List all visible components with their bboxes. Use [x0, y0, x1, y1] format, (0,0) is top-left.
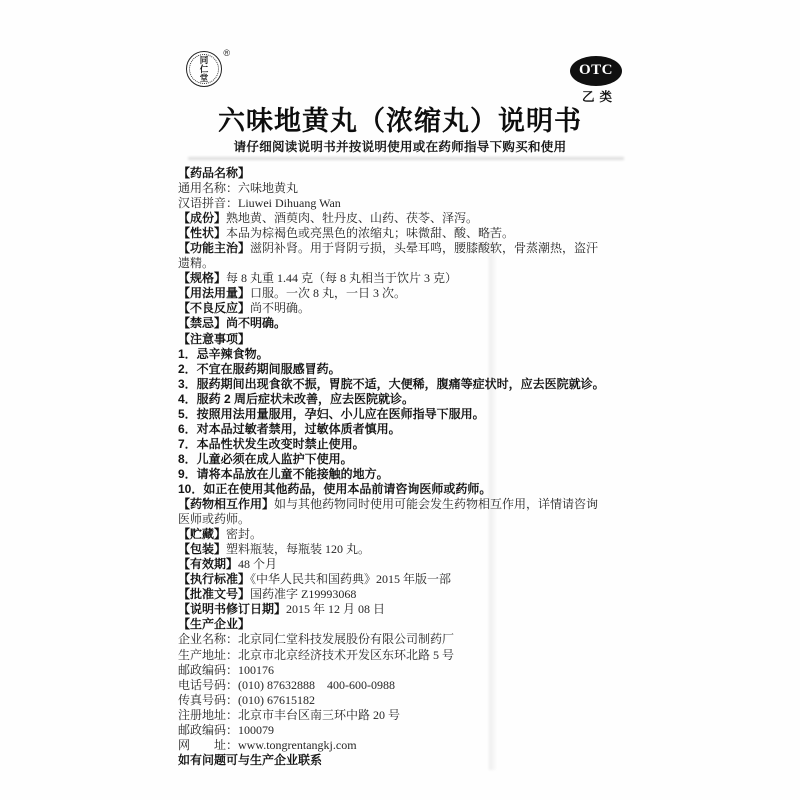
section-label: 【说明书修订日期】	[178, 602, 286, 616]
line-text: 本品为棕褐色或亮黑色的浓缩丸；味微甜、酸、略苦。	[226, 226, 514, 240]
insert-body: 【药品名称】通用名称：六味地黄丸汉语拼音：Liuwei Dihuang Wan【…	[178, 166, 648, 768]
insert-line: 2．不宜在服药期间服感冒药。	[178, 362, 648, 377]
line-text: 10．如正在使用其他药品，使用本品前请咨询医师或药师。	[178, 482, 491, 496]
section-label: 【包装】	[178, 542, 226, 556]
line-text: 7．本品性状发生改变时禁止使用。	[178, 437, 365, 451]
line-text: 传真号码：(010) 67615182	[178, 693, 315, 707]
line-text: 《中华人民共和国药典》2015 年版一部	[250, 572, 451, 586]
line-text: 电话号码：(010) 87632888 400-600-0988	[178, 678, 395, 692]
insert-line: 【生产企业】	[178, 617, 648, 632]
insert-line: 【药品名称】	[178, 166, 648, 181]
insert-line: 【禁忌】尚不明确。	[178, 316, 648, 331]
insert-line: 1．忌辛辣食物。	[178, 347, 648, 362]
insert-line: 电话号码：(010) 87632888 400-600-0988	[178, 678, 648, 693]
line-text: 邮政编码：100079	[178, 723, 274, 737]
insert-line: 7．本品性状发生改变时禁止使用。	[178, 437, 648, 452]
section-label: 【用法用量】	[178, 286, 250, 300]
line-text: 6．对本品过敏者禁用，过敏体质者慎用。	[178, 422, 401, 436]
line-text: 如与其他药物同时使用可能会发生药物相互作用，详情请咨询	[274, 497, 598, 511]
line-text: 通用名称：六味地黄丸	[178, 181, 298, 195]
line-text: 3．服药期间出现食欲不振，胃脘不适，大便稀，腹痛等症状时，应去医院就诊。	[178, 377, 605, 391]
insert-line: 【注意事项】	[178, 332, 648, 347]
otc-mark: OTC 乙类	[570, 56, 624, 105]
registered-trademark-symbol: ®	[223, 48, 230, 58]
line-text: 尚不明确。	[226, 316, 286, 330]
insert-line: 【用法用量】口服。一次 8 丸，一日 3 次。	[178, 286, 648, 301]
tongrentang-seal-logo: 同仁堂 ®	[186, 51, 230, 91]
insert-line: 网 址：www.tongrentangkj.com	[178, 738, 648, 753]
insert-line: 5．按照用法用量服用，孕妇、小儿应在医师指导下服用。	[178, 407, 648, 422]
otc-badge: OTC	[570, 56, 622, 86]
package-insert-page: 同仁堂 ® OTC 乙类 六味地黄丸（浓缩丸）说明书 请仔细阅读说明书并按说明使…	[0, 0, 800, 800]
insert-line: 生产地址：北京市北京经济技术开发区东环北路 5 号	[178, 648, 648, 663]
insert-line: 传真号码：(010) 67615182	[178, 693, 648, 708]
section-label: 【批准文号】	[178, 587, 250, 601]
line-text: 2015 年 12 月 08 日	[286, 602, 385, 616]
insert-line: 9．请将本品放在儿童不能接触的地方。	[178, 467, 648, 482]
insert-line: 【贮藏】密封。	[178, 527, 648, 542]
insert-line: 【规格】每 8 丸重 1.44 克（每 8 丸相当于饮片 3 克）	[178, 271, 648, 286]
line-text: 网 址：www.tongrentangkj.com	[178, 738, 357, 752]
scan-smudge-artifact	[188, 157, 624, 160]
line-text: 1．忌辛辣食物。	[178, 347, 269, 361]
line-text: 企业名称：北京同仁堂科技发展股份有限公司制药厂	[178, 632, 454, 646]
insert-line: 【功能主治】滋阴补肾。用于肾阴亏损，头晕耳鸣，腰膝酸软，骨蒸潮热，盗汗	[178, 241, 648, 256]
insert-line: 【性状】本品为棕褐色或亮黑色的浓缩丸；味微甜、酸、略苦。	[178, 226, 648, 241]
insert-line: 【不良反应】尚不明确。	[178, 301, 648, 316]
insert-line: 【说明书修订日期】2015 年 12 月 08 日	[178, 602, 648, 617]
insert-line: 注册地址：北京市丰台区南三环中路 20 号	[178, 708, 648, 723]
line-text: 每 8 丸重 1.44 克（每 8 丸相当于饮片 3 克）	[226, 271, 457, 285]
section-label: 【执行标准】	[178, 572, 250, 586]
seal-ring: 同仁堂	[186, 51, 222, 87]
line-text: 滋阴补肾。用于肾阴亏损，头晕耳鸣，腰膝酸软，骨蒸潮热，盗汗	[250, 241, 598, 255]
line-text: 9．请将本品放在儿童不能接触的地方。	[178, 467, 389, 481]
line-text: 密封。	[226, 527, 262, 541]
insert-line: 【批准文号】国药准字 Z19993068	[178, 587, 648, 602]
insert-line: 6．对本品过敏者禁用，过敏体质者慎用。	[178, 422, 648, 437]
line-text: 汉语拼音：Liuwei Dihuang Wan	[178, 196, 341, 210]
section-label: 【功能主治】	[178, 241, 250, 255]
section-label: 【贮藏】	[178, 527, 226, 541]
insert-line: 汉语拼音：Liuwei Dihuang Wan	[178, 196, 648, 211]
insert-line: 企业名称：北京同仁堂科技发展股份有限公司制药厂	[178, 632, 648, 647]
insert-line: 10．如正在使用其他药品，使用本品前请咨询医师或药师。	[178, 482, 648, 497]
section-label: 【成份】	[178, 211, 226, 225]
line-text: 国药准字 Z19993068	[250, 587, 356, 601]
line-text: 5．按照用法用量服用，孕妇、小儿应在医师指导下服用。	[178, 407, 485, 421]
usage-advisory: 请仔细阅读说明书并按说明使用或在药师指导下购买和使用	[0, 137, 800, 155]
section-label: 【生产企业】	[178, 617, 250, 631]
insert-line: 【有效期】48 个月	[178, 557, 648, 572]
section-label: 【有效期】	[178, 557, 238, 571]
section-label: 【禁忌】	[178, 316, 226, 330]
insert-line: 医师或药师。	[178, 512, 648, 527]
insert-line: 8．儿童必须在成人监护下使用。	[178, 452, 648, 467]
insert-line: 4．服药 2 周后症状未改善，应去医院就诊。	[178, 392, 648, 407]
insert-line: 如有问题可与生产企业联系	[178, 753, 648, 768]
insert-line: 【包装】塑料瓶装，每瓶装 120 丸。	[178, 542, 648, 557]
page-title: 六味地黄丸（浓缩丸）说明书	[0, 99, 800, 138]
insert-line: 【药物相互作用】如与其他药物同时使用可能会发生药物相互作用，详情请咨询	[178, 497, 648, 512]
line-text: 生产地址：北京市北京经济技术开发区东环北路 5 号	[178, 648, 454, 662]
line-text: 塑料瓶装，每瓶装 120 丸。	[226, 542, 370, 556]
insert-line: 3．服药期间出现食欲不振，胃脘不适，大便稀，腹痛等症状时，应去医院就诊。	[178, 377, 648, 392]
line-text: 遗精。	[178, 256, 214, 270]
insert-line: 遗精。	[178, 256, 648, 271]
line-text: 熟地黄、酒萸肉、牡丹皮、山药、茯苓、泽泻。	[226, 211, 478, 225]
insert-line: 【成份】熟地黄、酒萸肉、牡丹皮、山药、茯苓、泽泻。	[178, 211, 648, 226]
section-label: 【不良反应】	[178, 301, 250, 315]
line-text: 医师或药师。	[178, 512, 250, 526]
line-text: 口服。一次 8 丸，一日 3 次。	[250, 286, 406, 300]
line-text: 2．不宜在服药期间服感冒药。	[178, 362, 341, 376]
line-text: 如有问题可与生产企业联系	[178, 753, 322, 767]
line-text: 8．儿童必须在成人监护下使用。	[178, 452, 353, 466]
line-text: 尚不明确。	[250, 301, 310, 315]
line-text: 48 个月	[238, 557, 277, 571]
seal-brand-text: 同仁堂	[199, 56, 210, 83]
line-text: 4．服药 2 周后症状未改善，应去医院就诊。	[178, 392, 414, 406]
insert-line: 邮政编码：100176	[178, 663, 648, 678]
section-label: 【性状】	[178, 226, 226, 240]
section-label: 【药物相互作用】	[178, 497, 274, 511]
line-text: 注册地址：北京市丰台区南三环中路 20 号	[178, 708, 400, 722]
section-label: 【规格】	[178, 271, 226, 285]
insert-line: 【执行标准】《中华人民共和国药典》2015 年版一部	[178, 572, 648, 587]
line-text: 邮政编码：100176	[178, 663, 274, 677]
insert-line: 通用名称：六味地黄丸	[178, 181, 648, 196]
section-label: 【药品名称】	[178, 166, 250, 180]
insert-line: 邮政编码：100079	[178, 723, 648, 738]
section-label: 【注意事项】	[178, 332, 250, 346]
